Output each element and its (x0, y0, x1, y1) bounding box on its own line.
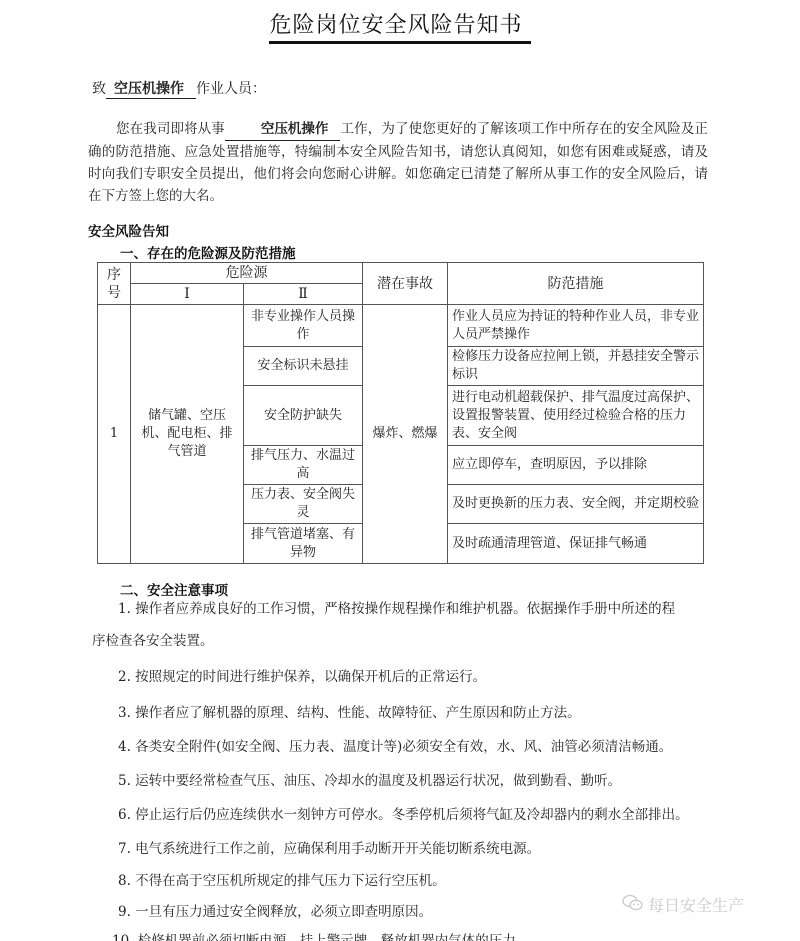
intro-position: 空压机操作 (225, 118, 341, 141)
cell-hazard-ii: 安全防护缺失 (244, 386, 363, 446)
cell-hazard-ii: 安全标识未悬挂 (244, 347, 363, 386)
watermark: 每日安全生产 (622, 893, 744, 916)
cell-hazard-i: 储气罐、空压机、配电柜、排气管道 (131, 305, 244, 564)
header-hazard-i: Ⅰ (131, 284, 244, 305)
note-item-4: 4. 各类安全附件(如安全阀、压力表、温度计等)必须安全有效，水、风、油管必须清… (118, 735, 672, 755)
salutation-prefix: 致 (92, 81, 106, 97)
salutation: 致空压机操作作业人员： (92, 78, 266, 99)
header-hazard: 危险源 (131, 263, 363, 284)
wechat-icon (622, 894, 644, 916)
cell-measure: 及时疏通清理管道、保证排气畅通 (448, 524, 704, 564)
cell-measure: 进行电动机超载保护、排气温度过高保护、设置报警装置、使用经过检验合格的压力表、安… (448, 386, 704, 446)
intro-before: 您在我司即将从事 (116, 121, 225, 137)
header-hazard-ii: Ⅱ (244, 284, 363, 305)
cell-hazard-ii: 排气管道堵塞、有异物 (244, 524, 363, 564)
note-item-1: 1. 操作者应养成良好的工作习惯，严格按操作规程操作和维护机器。依据操作手册中所… (118, 597, 675, 617)
note-item-6: 6. 停止运行后仍应连续供水一刻钟方可停水。冬季停机后须将气缸及冷却器内的剩水全… (118, 803, 689, 823)
note-item-10: 10. 检修机器前必须切断电源、挂上警示牌、释放机器内气体的压力。 (112, 929, 529, 941)
note-item-8: 8. 不得在高于空压机所规定的排气压力下运行空压机。 (118, 869, 446, 889)
note-item-2: 2. 按照规定的时间进行维护保养，以确保开机后的正常运行。 (118, 665, 486, 685)
header-accident: 潜在事故 (363, 263, 448, 305)
watermark-text: 每日安全生产 (648, 893, 744, 916)
header-seq: 序号 (98, 263, 131, 305)
cell-measure: 及时更换新的压力表、安全阀，并定期校验 (448, 485, 704, 524)
cell-hazard-ii: 非专业操作人员操作 (244, 305, 363, 347)
cell-hazard-ii: 压力表、安全阀失灵 (244, 485, 363, 524)
header-measures: 防范措施 (448, 263, 704, 305)
document-title-wrap: 危险岗位安全风险告知书 (0, 8, 800, 44)
cell-measure: 作业人员应为持证的特种作业人员，非专业人员严禁操作 (448, 305, 704, 347)
note-item-1-cont: 序检查各安全装置。 (92, 629, 214, 649)
section-title: 安全风险告知 (88, 220, 169, 240)
note-item-5: 5. 运转中要经常检查气压、油压、冷却水的温度及机器运行状况，做到勤看、勤听。 (118, 769, 621, 789)
risk-table: 序号 危险源 潜在事故 防范措施 Ⅰ Ⅱ 1 储气罐、空压机、配电柜、排气管道 … (97, 262, 704, 564)
cell-measure: 应立即停车，查明原因，予以排除 (448, 446, 704, 485)
intro-paragraph: 您在我司即将从事空压机操作工作，为了使您更好的了解该项工作中所存在的安全风险及正… (88, 118, 708, 207)
salutation-suffix: 作业人员： (196, 81, 266, 97)
cell-measure: 检修压力设备应拉闸上锁，并悬挂安全警示标识 (448, 347, 704, 386)
cell-hazard-ii: 排气压力、水温过高 (244, 446, 363, 485)
document-title: 危险岗位安全风险告知书 (269, 8, 530, 44)
part2-heading: 二、安全注意事项 (120, 579, 228, 599)
note-item-3: 3. 操作者应了解机器的原理、结构、性能、故障特征、产生原因和防止方法。 (118, 701, 581, 721)
note-item-9: 9. 一旦有压力通过安全阀释放，必须立即查明原因。 (118, 900, 432, 920)
salutation-position: 空压机操作 (106, 78, 196, 99)
part1-heading: 一、存在的危险源及防范措施 (120, 242, 296, 262)
cell-seq: 1 (98, 305, 131, 564)
table-row: 1 储气罐、空压机、配电柜、排气管道 非专业操作人员操作 爆炸、燃爆 作业人员应… (98, 305, 704, 347)
note-item-7: 7. 电气系统进行工作之前，应确保利用手动断开开关能切断系统电源。 (118, 837, 540, 857)
header-seq-label: 序号 (107, 267, 121, 301)
cell-accident: 爆炸、燃爆 (363, 305, 448, 564)
